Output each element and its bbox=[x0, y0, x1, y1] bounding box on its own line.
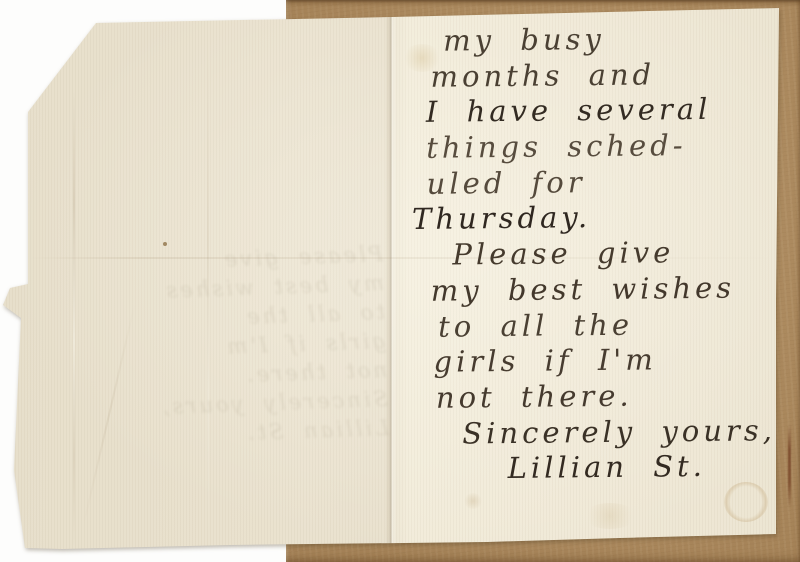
handwriting-line-11: not there. bbox=[412, 377, 784, 417]
handwriting-line-7: Please give bbox=[410, 234, 782, 274]
letter-scan: Please give my best wishes to all the gi… bbox=[0, 0, 800, 562]
handwriting-line-9: to all the bbox=[411, 306, 783, 346]
handwriting-line-2: months and bbox=[408, 56, 780, 96]
letter-sheet: Please give my best wishes to all the gi… bbox=[0, 0, 800, 562]
handwriting-line-5: uled for bbox=[409, 163, 781, 203]
handwriting-line-10: girls if I'm bbox=[411, 341, 783, 381]
ink-show-through: Please give my best wishes to all the gi… bbox=[31, 240, 390, 455]
paper-speck bbox=[163, 242, 167, 246]
handwriting-line-1: my busy bbox=[408, 20, 780, 60]
handwriting-closing: Sincerely yours, bbox=[412, 413, 784, 453]
letter-sheet-wrapper: Please give my best wishes to all the gi… bbox=[0, 0, 800, 562]
center-fold-crease bbox=[385, 15, 397, 547]
handwriting-signature: Lillian St. bbox=[412, 448, 784, 488]
handwriting-line-8: my best wishes bbox=[411, 270, 783, 310]
handwriting-line-4: things sched- bbox=[409, 127, 781, 167]
handwriting-block: my busy months and I have several things… bbox=[408, 20, 785, 488]
handwriting-line-6: Thursday. bbox=[410, 199, 782, 239]
paper-stain-bottom bbox=[583, 503, 637, 529]
handwriting-line-3: I have several bbox=[409, 91, 781, 131]
paper-stain-small bbox=[463, 493, 483, 509]
paper-ring-stain bbox=[724, 482, 768, 522]
